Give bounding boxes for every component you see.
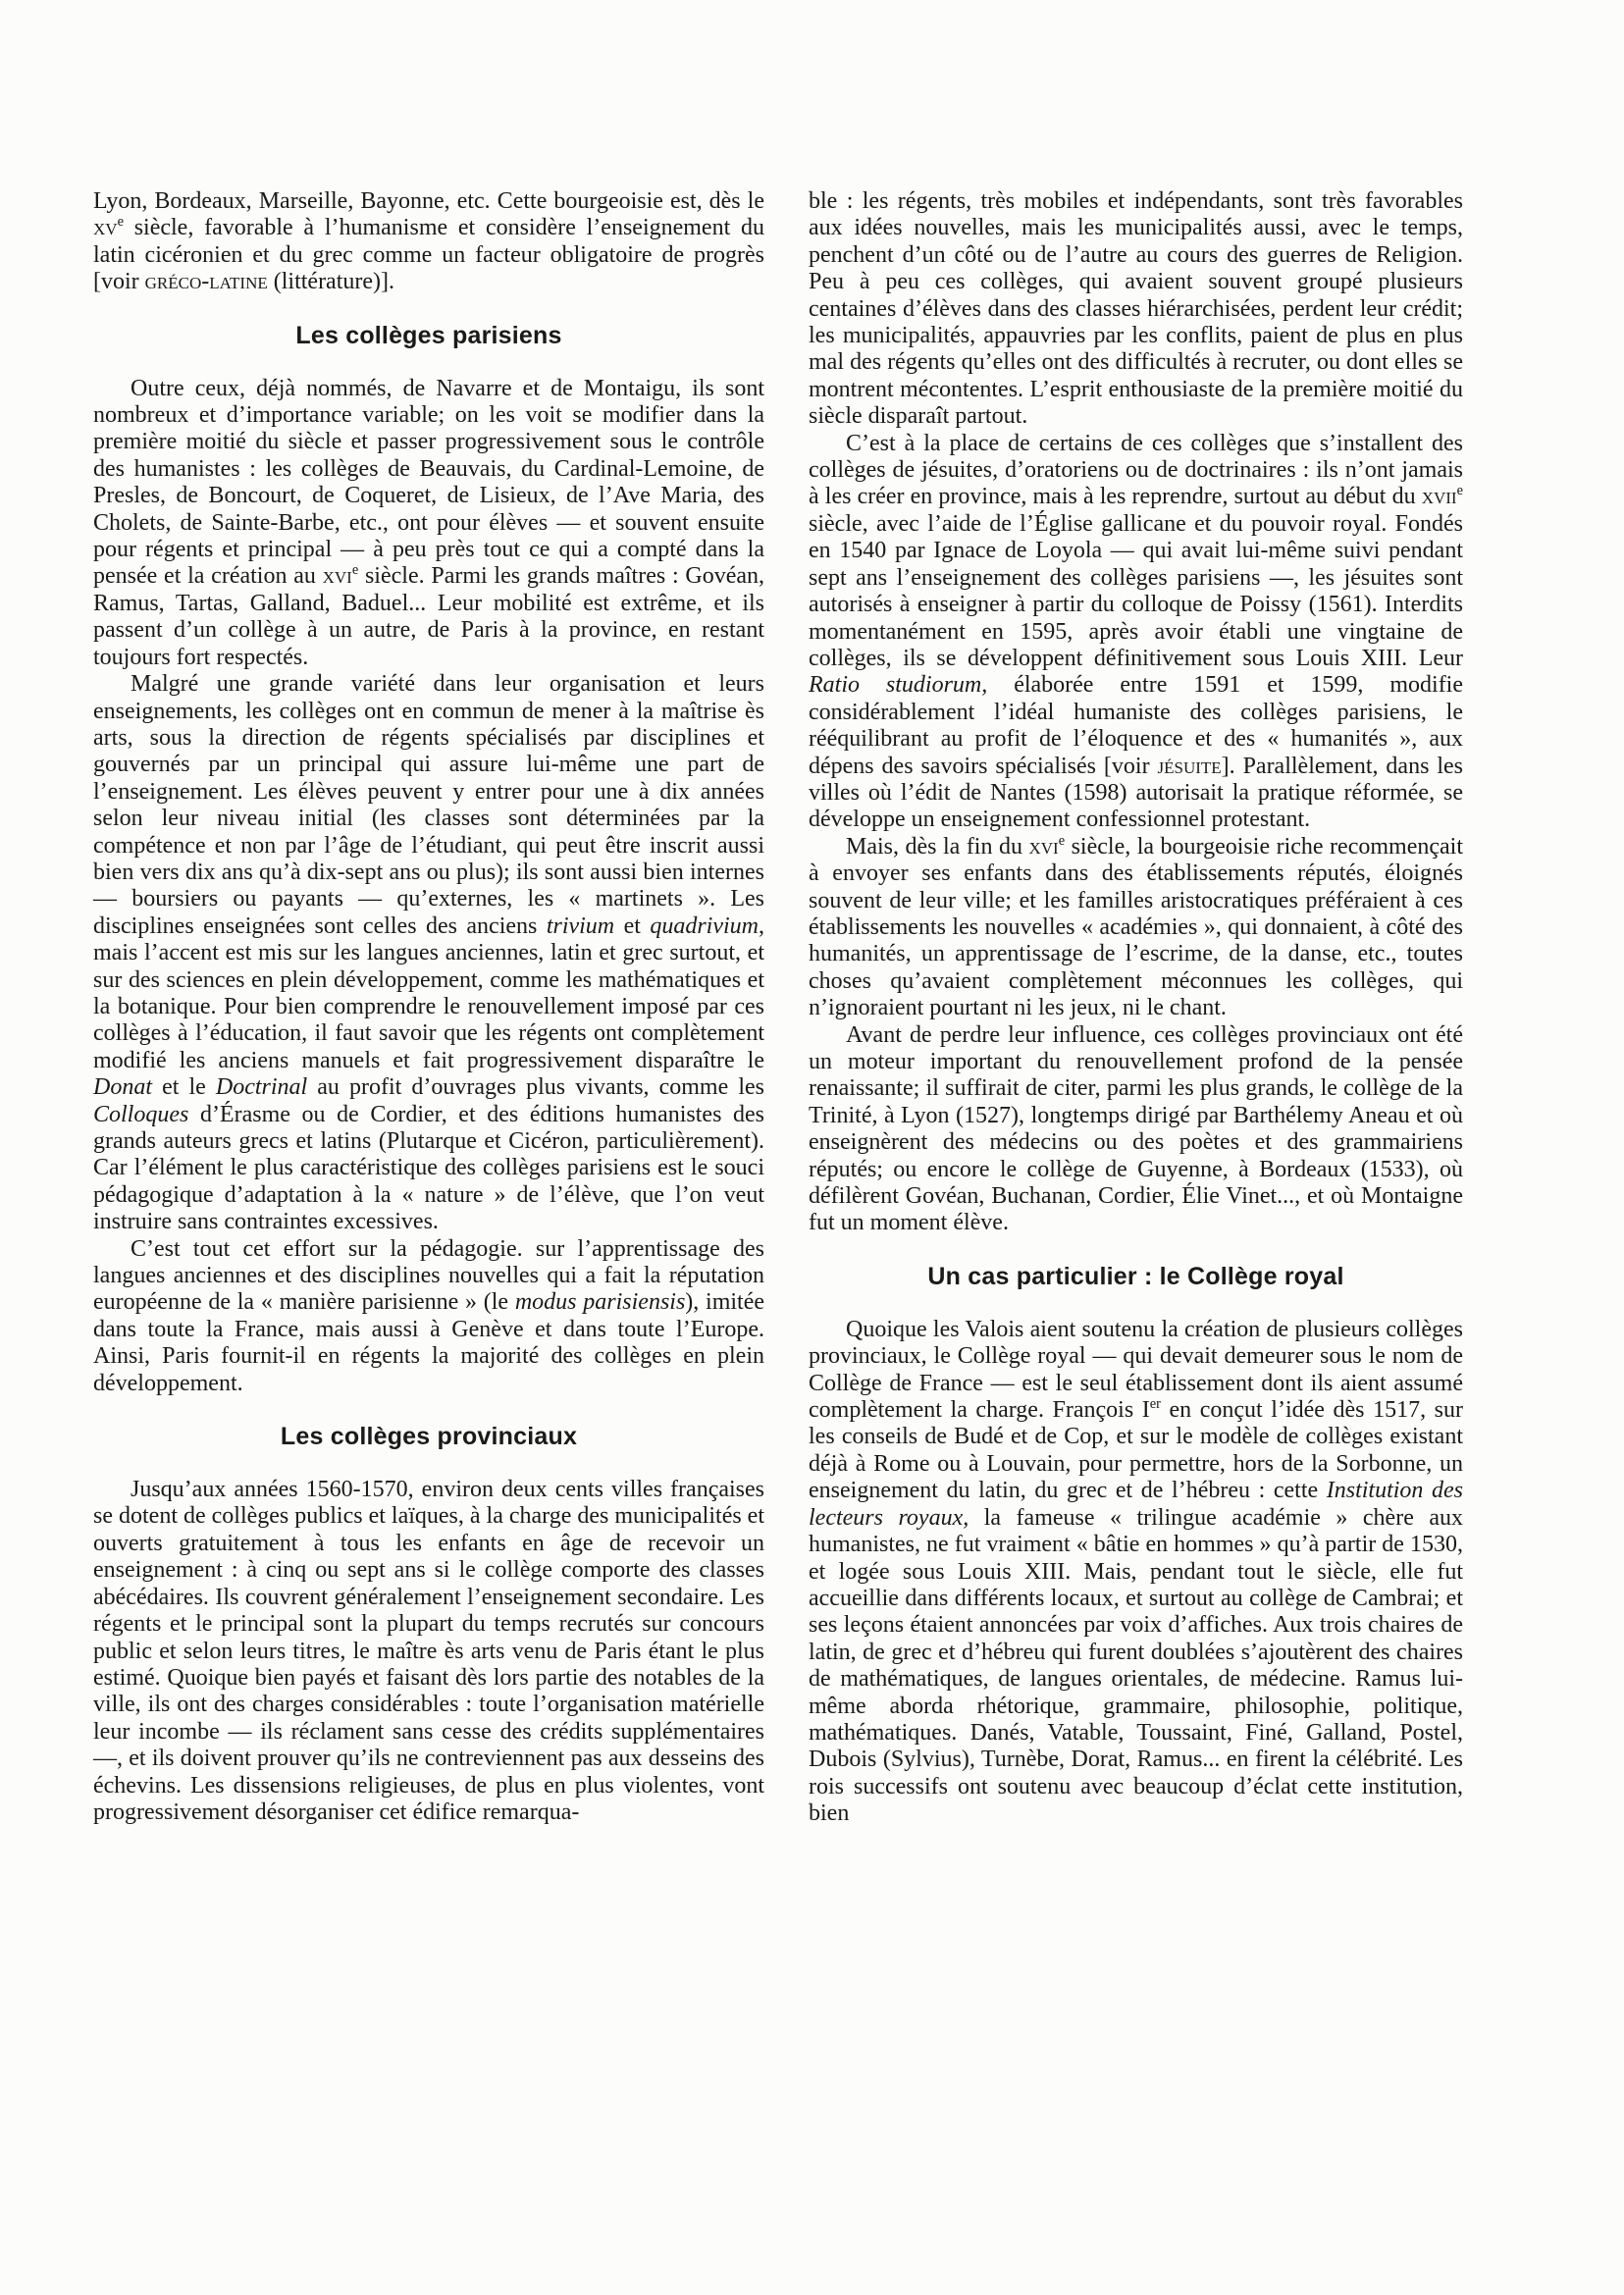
left-column: Lyon, Bordeaux, Marseille, Bayonne, etc.… — [93, 188, 764, 1826]
text-run-i: quadrivium — [650, 913, 759, 939]
text-run-sc: xvii — [1422, 484, 1457, 509]
text-run: Jusqu’aux années 1560-1570, environ deux… — [93, 1477, 764, 1825]
text-run-i: Ratio studiorum, — [809, 672, 987, 698]
paragraph: Jusqu’aux années 1560-1570, environ deux… — [93, 1477, 764, 1826]
text-run: Malgré une grande variété dans leur orga… — [93, 671, 764, 939]
text-run: Lyon, Bordeaux, Marseille, Bayonne, etc.… — [93, 188, 764, 214]
text-run-i: Doctrinal — [216, 1074, 307, 1100]
section-heading: Les collèges parisiens — [93, 322, 764, 349]
text-run: Les collèges parisiens — [295, 322, 561, 349]
text-run: et le — [152, 1074, 216, 1100]
text-run-i: Donat — [93, 1074, 152, 1100]
paragraph: Lyon, Bordeaux, Marseille, Bayonne, etc.… — [93, 188, 764, 296]
text-run: Un cas particulier : le Collège royal — [927, 1263, 1343, 1290]
paragraph: ble : les régents, très mobiles et indép… — [809, 188, 1463, 431]
text-run-sup: e — [1457, 483, 1463, 498]
document-page: Lyon, Bordeaux, Marseille, Bayonne, etc.… — [0, 0, 1624, 2295]
section-heading: Un cas particulier : le Collège royal — [809, 1263, 1463, 1290]
text-run-sc: xvi — [1028, 834, 1058, 860]
text-run: siècle, avec l’aide de l’Église gallican… — [809, 511, 1463, 671]
text-run-i: Colloques — [93, 1102, 188, 1127]
section-heading: Les collèges provinciaux — [93, 1423, 764, 1450]
paragraph: C’est tout cet effort sur la pédagogie. … — [93, 1236, 764, 1397]
text-run-sc: gréco-latine — [145, 269, 268, 294]
text-run: (littérature)]. — [268, 269, 394, 294]
text-run: ble : les régents, très mobiles et indép… — [809, 188, 1463, 429]
paragraph: C’est à la place de certains de ces coll… — [809, 431, 1463, 834]
text-run: au profit d’ouvrages plus vivants, comme… — [307, 1074, 764, 1100]
text-run: d’Érasme ou de Cordier, et des éditions … — [93, 1102, 764, 1235]
paragraph: Quoique les Valois aient soutenu la créa… — [809, 1317, 1463, 1828]
text-run: Avant de perdre leur influence, ces coll… — [809, 1022, 1463, 1236]
text-run: Les collèges provinciaux — [281, 1423, 577, 1450]
text-run: et — [614, 913, 650, 939]
text-run-i: modus parisiensis — [515, 1289, 685, 1315]
paragraph: Avant de perdre leur influence, ces coll… — [809, 1022, 1463, 1237]
text-run: Outre ceux, déjà nommés, de Navarre et d… — [93, 376, 764, 590]
text-run: C’est à la place de certains de ces coll… — [809, 431, 1463, 510]
paragraph: Mais, dès la fin du xvie siècle, la bour… — [809, 834, 1463, 1022]
text-run-i: trivium — [547, 913, 614, 939]
right-column: ble : les régents, très mobiles et indép… — [809, 188, 1463, 1828]
paragraph: Malgré une grande variété dans leur orga… — [93, 671, 764, 1236]
text-run-sc: jésuite — [1157, 754, 1221, 779]
text-run-sc: xvi — [323, 563, 352, 589]
paragraph: Outre ceux, déjà nommés, de Navarre et d… — [93, 376, 764, 671]
text-run: siècle, la bourgeoisie riche recommençai… — [809, 834, 1463, 1020]
text-run-sup: er — [1150, 1396, 1161, 1412]
text-run: Mais, dès la fin du — [846, 834, 1028, 860]
text-run: la fameuse « trilingue académie » chère … — [809, 1505, 1463, 1826]
text-run-sc: xv — [93, 215, 118, 240]
